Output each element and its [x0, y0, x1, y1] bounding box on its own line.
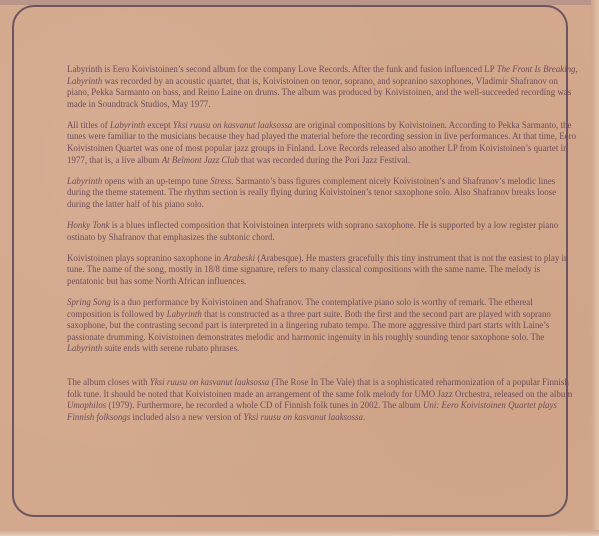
text-run: .: [363, 412, 365, 422]
text-run: Labyrinth is Eero Koivistoinen’s second …: [67, 64, 497, 74]
italic-title: Stress: [210, 176, 231, 186]
paragraph-closing: The album closes with Yksi ruusu on kasv…: [67, 377, 579, 423]
text-run: except: [145, 120, 173, 130]
text-run: suite ends with serene rubato phrases.: [102, 343, 239, 353]
italic-title: Labyrinth: [167, 309, 202, 319]
italic-title: Yksi ruusu on kasvanut laaksossa: [150, 377, 269, 387]
paragraph-spring-song: Spring Song is a duo performance by Koiv…: [67, 297, 579, 355]
italic-title: Labyrinth: [67, 343, 102, 353]
text-run: that was recorded during the Pori Jazz F…: [239, 155, 410, 165]
italic-title: Yksi ruusu on kasvanut laaksossa: [244, 412, 363, 422]
liner-notes-page: Labyrinth is Eero Koivistoinen’s second …: [0, 0, 599, 536]
paragraph-stress: Labyrinth opens with an up-tempo tune St…: [67, 176, 579, 211]
paragraph-intro: Labyrinth is Eero Koivistoinen’s second …: [67, 64, 579, 110]
page-bottom-edge: [0, 530, 599, 536]
italic-title: At Belmont Jazz Club: [162, 155, 239, 165]
italic-title: The Front Is Breaking: [497, 64, 576, 74]
paragraph-arabeski: Koivistoinen plays sopranino saxophone i…: [67, 253, 579, 288]
italic-title: Labyrinth: [110, 120, 145, 130]
italic-title: Labyrinth: [67, 76, 102, 86]
liner-notes-text: Labyrinth is Eero Koivistoinen’s second …: [67, 64, 579, 433]
italic-title: Honky Tonk: [67, 220, 110, 230]
text-run: Koivistoinen plays sopranino saxophone i…: [67, 253, 223, 263]
text-run: is a blues inflected composition that Ko…: [67, 220, 558, 242]
text-run: opens with an up-tempo tune: [102, 176, 210, 186]
text-run: included also a new version of: [130, 412, 243, 422]
italic-title: Labyrinth: [67, 176, 102, 186]
paragraph-honky-tonk: Honky Tonk is a blues inflected composit…: [67, 220, 579, 243]
italic-title: Yksi ruusu on kasvanut laaksossa: [173, 120, 292, 130]
text-run: ,: [576, 64, 578, 74]
text-run: All titles of: [67, 120, 110, 130]
page-right-edge: [591, 0, 599, 536]
paragraph-compositions: All titles of Labyrinth except Yksi ruus…: [67, 120, 579, 166]
italic-title: Spring Song: [67, 297, 111, 307]
italic-title: Umophilos: [67, 400, 106, 410]
text-run: (1979). Furthermore, he recorded a whole…: [106, 400, 423, 410]
italic-title: Arabeski: [223, 253, 255, 263]
text-run: was recorded by an acoustic quartet, tha…: [67, 76, 571, 109]
text-run: The album closes with: [67, 377, 150, 387]
